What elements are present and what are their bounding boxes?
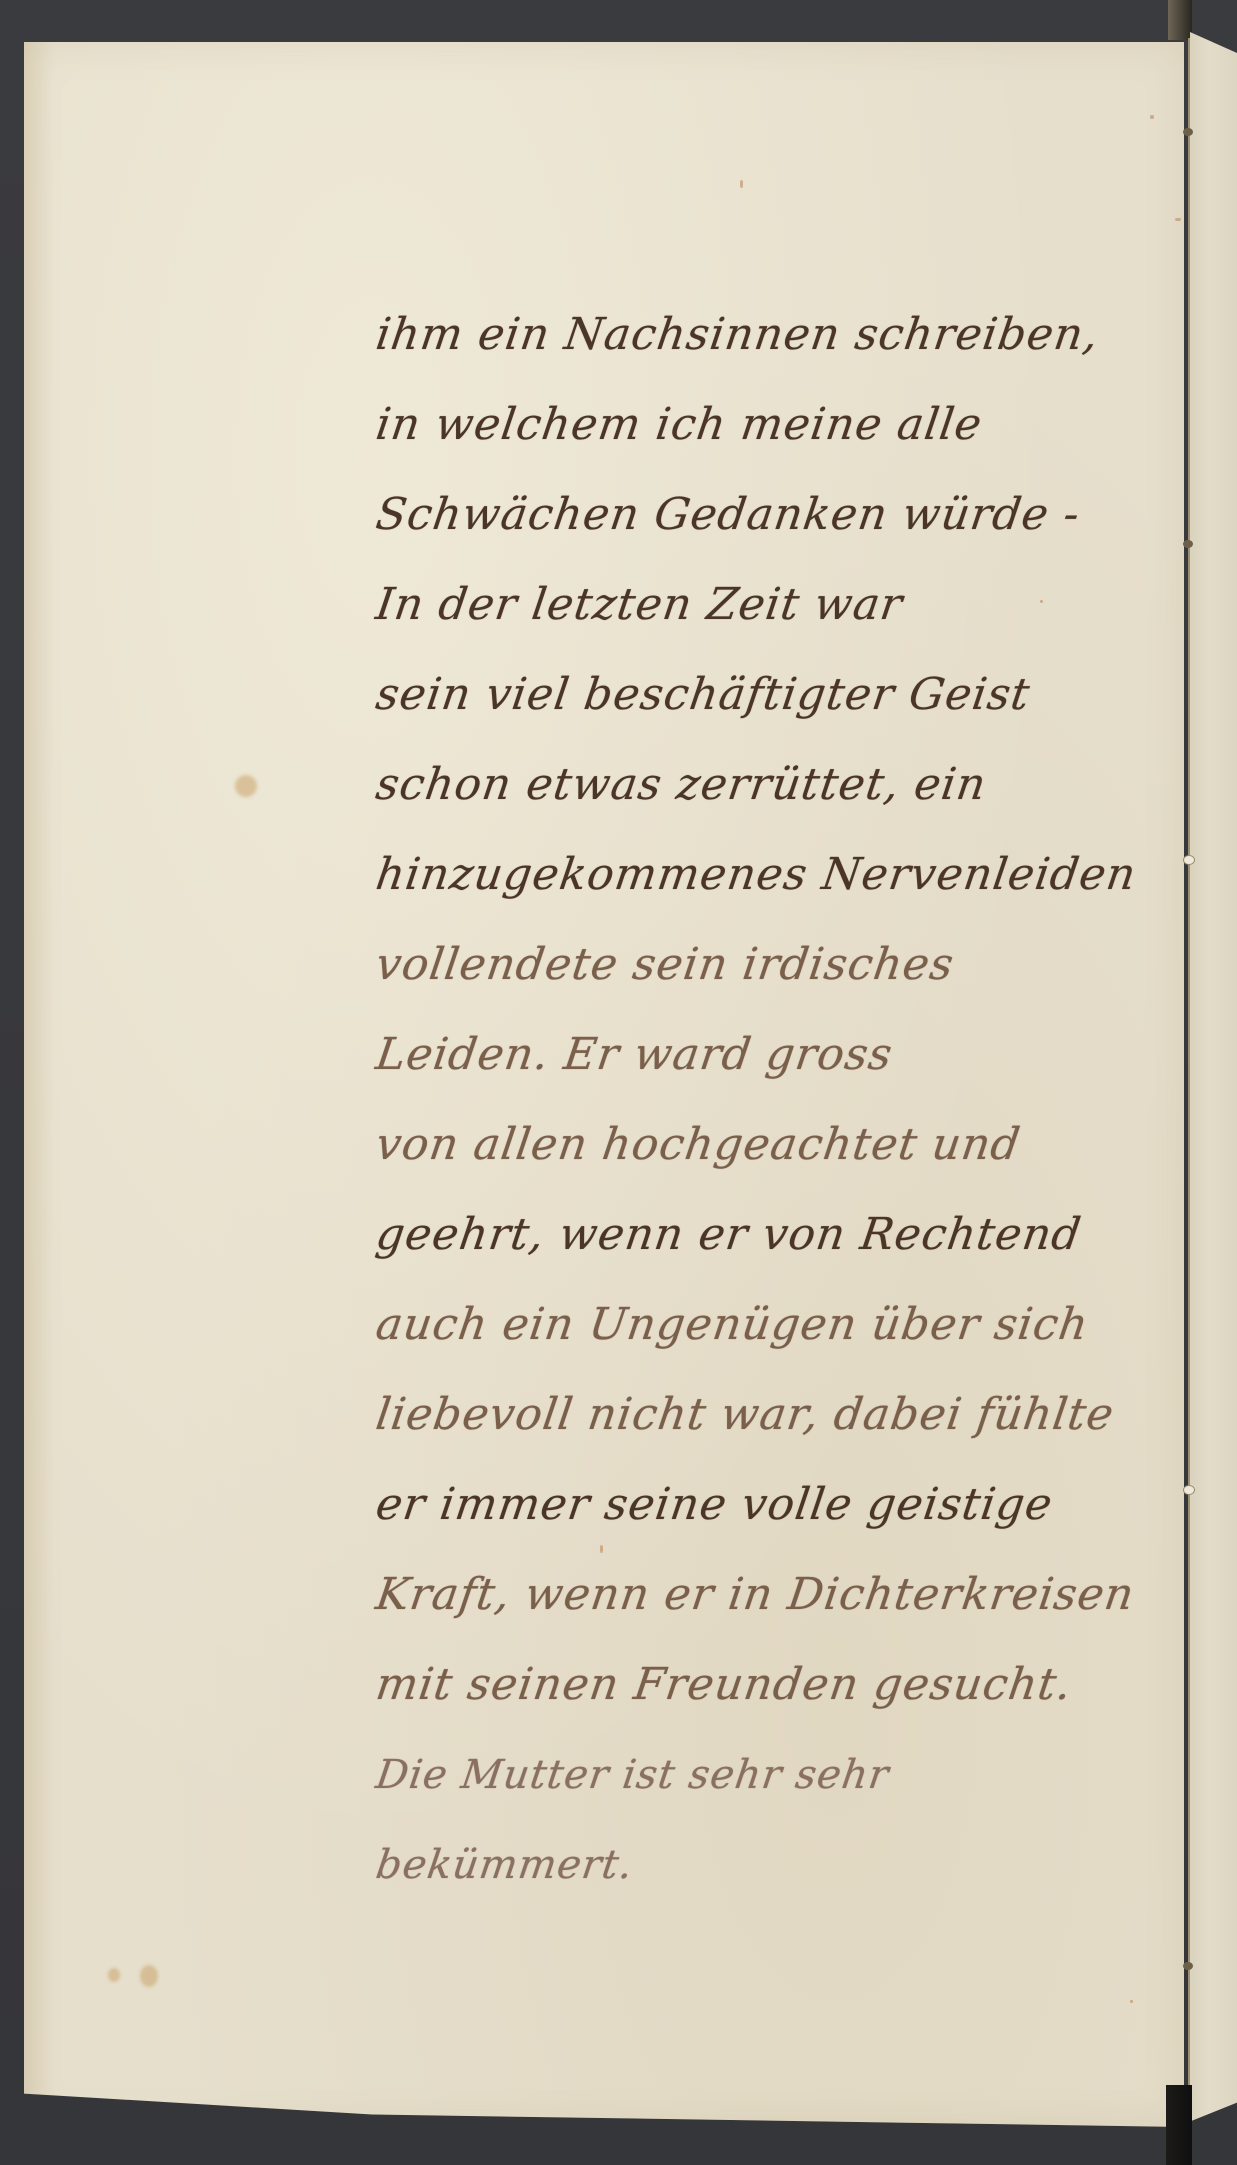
text-line: von allen hochgeachtet und: [370, 1100, 1123, 1190]
paper-stain: [108, 1968, 120, 1982]
paper-speck: [1130, 2000, 1133, 2003]
text-line: geehrt, wenn er von Rechtend: [370, 1190, 1123, 1280]
scan-background: ihm ein Nachsinnen schreiben, in welchem…: [0, 0, 1237, 2165]
paper-stain: [140, 1965, 158, 1987]
text-line: bekümmert.: [370, 1820, 1123, 1910]
text-line: Schwächen Gedanken würde -: [370, 470, 1123, 560]
text-line: Die Mutter ist sehr sehr: [370, 1730, 1123, 1820]
page-fold-line: [1188, 38, 1190, 2108]
spine-shadow-bottom: [1166, 2085, 1192, 2165]
text-line: hinzugekommenes Nervenleiden: [370, 830, 1123, 920]
text-line: Kraft, wenn er in Dichterkreisen: [370, 1550, 1123, 1640]
facing-page-edge: [1190, 32, 1237, 2132]
text-line: schon etwas zerrüttet, ein: [370, 740, 1123, 830]
text-line: er immer seine volle geistige: [370, 1460, 1123, 1550]
binding-stitch: [1183, 128, 1193, 136]
text-line: in welchem ich meine alle: [370, 380, 1123, 470]
paper-speck: [740, 180, 743, 188]
text-line: auch ein Ungenügen über sich: [370, 1280, 1123, 1370]
binding-stitch: [1183, 1485, 1195, 1495]
text-line: liebevoll nicht war, dabei fühlte: [370, 1370, 1123, 1460]
binding-stitch: [1183, 540, 1193, 548]
text-line: Leiden. Er ward gross: [370, 1010, 1123, 1100]
binding-stitch: [1183, 1962, 1193, 1970]
spine-shadow-top: [1168, 0, 1192, 40]
binding-stitch: [1183, 855, 1195, 865]
text-line: vollendete sein irdisches: [370, 920, 1123, 1010]
text-line: ihm ein Nachsinnen schreiben,: [370, 290, 1123, 380]
handwritten-text-block: ihm ein Nachsinnen schreiben, in welchem…: [370, 290, 1110, 1910]
text-line: sein viel beschäftigter Geist: [370, 650, 1123, 740]
paper-speck: [1175, 218, 1181, 221]
text-line: mit seinen Freunden gesucht.: [370, 1640, 1123, 1730]
text-line: In der letzten Zeit war: [370, 560, 1123, 650]
paper-stain: [235, 775, 257, 797]
paper-speck: [1150, 115, 1154, 119]
